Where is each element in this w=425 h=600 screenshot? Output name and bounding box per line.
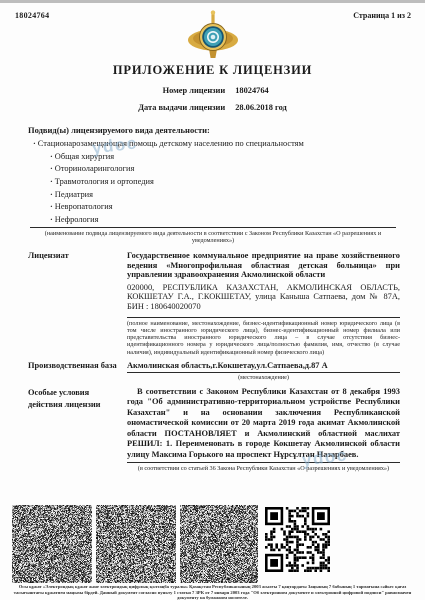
production-base-value: Акмолинская область,г.Кокшетау,ул.Сатпае…: [127, 361, 400, 373]
specialty-item: Нефрология: [50, 216, 403, 225]
specialty-item: Оториноларингология: [50, 165, 403, 174]
specialty-item: Педиатрия: [50, 191, 403, 200]
subtypes-heading: Подвид(ы) лицензируемого вида деятельнос…: [28, 125, 210, 135]
licensee-name: Государственное коммунальное предприятие…: [127, 251, 400, 280]
issue-date-label: Дата выдачи лицензии: [138, 103, 225, 112]
special-conditions-footnote: (в соответствии со статьей 36 Закона Рес…: [127, 462, 400, 472]
specialty-item: Травмотология и ортопедия: [50, 178, 403, 187]
scan-edge-strip: [0, 0, 425, 3]
licensee-label: Лицензиат: [28, 251, 69, 260]
page-indicator: Страница 1 из 2: [353, 11, 411, 20]
license-number-label: Номер лицензии: [138, 86, 225, 95]
legal-equivalence-note: Осы құжат «Электрондық құжат және электр…: [12, 584, 413, 600]
datamatrix-signature-block-1: [12, 505, 92, 583]
specialty-item: Общая хирургия: [50, 153, 403, 162]
license-number-value: 18024764: [235, 86, 287, 95]
production-base-block: Акмолинская область,г.Кокшетау,ул.Сатпае…: [127, 361, 400, 381]
page-title: ПРИЛОЖЕНИЕ К ЛИЦЕНЗИИ: [0, 63, 425, 78]
subtypes-list: Стационарозамещающая помощь детскому нас…: [33, 140, 403, 229]
special-conditions-label: Особые условия действия лицензии: [28, 387, 123, 410]
license-annex-page: 18024764 Страница 1 из 2 ПРИЛОЖЕНИЕ К ЛИ…: [0, 0, 425, 600]
specialty-item: Невропатология: [50, 203, 403, 212]
special-conditions-text: В соответствии с Законом Республики Каза…: [127, 387, 400, 460]
subtypes-footnote: (наименование подвида лицензируемого вид…: [30, 227, 396, 244]
issue-date-value: 28.06.2018 год: [235, 103, 287, 112]
license-meta: Номер лицензии 18024764 Дата выдачи лице…: [0, 86, 425, 112]
special-conditions-block: В соответствии с Законом Республики Каза…: [127, 387, 400, 472]
datamatrix-signature-block-2: [96, 505, 176, 583]
qr-code: [265, 507, 330, 572]
production-base-footnote: (местонахождение): [127, 374, 400, 381]
document-number-header: 18024764: [15, 11, 49, 20]
datamatrix-signature-block-3: [180, 505, 258, 583]
licensee-address: 020000, РЕСПУБЛИКА КАЗАХСТАН, АКМОЛИНСКА…: [127, 283, 400, 312]
licensee-footnote: (полное наименование, местонахождение, б…: [127, 317, 400, 356]
production-base-label: Производственная база: [28, 361, 117, 370]
kazakhstan-emblem-icon: [187, 9, 239, 62]
subtype-primary: Стационарозамещающая помощь детскому нас…: [33, 140, 403, 149]
licensee-block: Государственное коммунальное предприятие…: [127, 251, 400, 356]
